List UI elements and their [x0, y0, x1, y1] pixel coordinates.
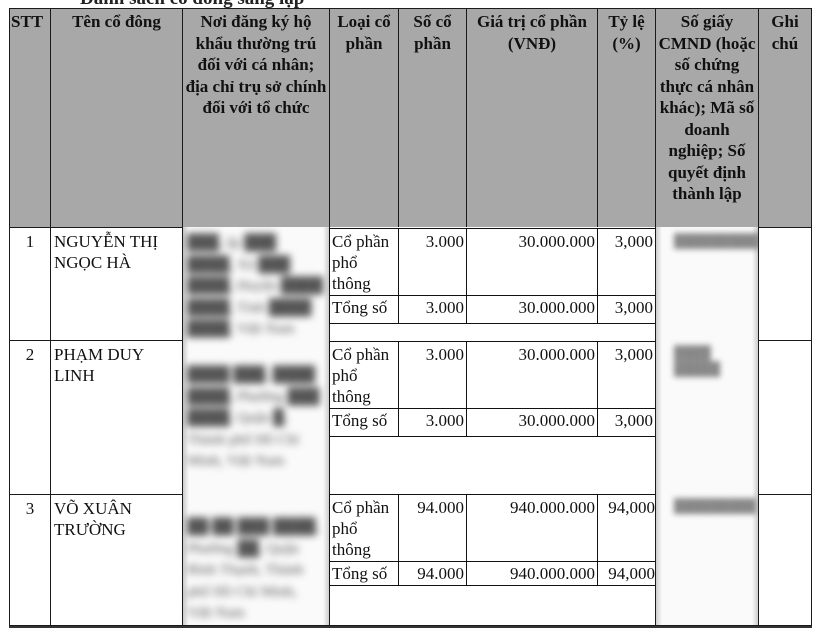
row-1-total-value: 30.000.000: [466, 295, 597, 320]
row-3-total-ratio: 94,000: [597, 561, 655, 586]
row-1-id-redacted: ████████████: [656, 227, 758, 339]
row-2-share-ratio: 3,000: [597, 342, 655, 367]
row-2-share-subtable: Cổ phần phổ thông 3.000 30.000.000 3,000…: [329, 341, 656, 437]
row-1-name: NGUYỄN THỊ NGỌC HÀ: [50, 227, 183, 341]
row-3-share-type: Cổ phần phổ thông: [330, 495, 398, 562]
row-3-share-quantity: 94.000: [398, 495, 466, 520]
header-share-quantity: Số cổ phần: [398, 8, 467, 228]
row-2-name: PHẠM DUY LINH: [50, 340, 183, 495]
row-1-total-label: Tổng số: [330, 295, 398, 320]
table-bottom-border: [9, 626, 812, 628]
header-shareholder-name: Tên cổ đông: [50, 8, 183, 228]
row-3-share-ratio: 94,000: [597, 495, 655, 520]
header-note: Ghi chú: [758, 8, 812, 228]
row-2-address-redacted: ████ ███, ████ ████, Phường ███ ████, Qu…: [183, 359, 329, 511]
row-2-total-value: 30.000.000: [466, 408, 597, 433]
address-column-redacted: ███, ấp ███ ████, Xã ███ ████, Huyện ███…: [182, 227, 330, 626]
row-2-share-type: Cổ phần phổ thông: [330, 342, 398, 409]
row-1-share-type: Cổ phần phổ thông: [330, 229, 398, 296]
row-3-share-subtable: Cổ phần phổ thông 94.000 940.000.000 94,…: [329, 494, 656, 586]
shareholder-table: STT Tên cổ đông Nơi đăng ký hộ khẩu thườ…: [9, 8, 812, 626]
row-2-total-ratio: 3,000: [597, 408, 655, 433]
row-2-id-redacted: ████ █████: [656, 339, 758, 492]
row-1-address-redacted: ███, ấp ███ ████, Xã ███ ████, Huyện ███…: [183, 227, 329, 359]
row-2-note: [758, 340, 812, 495]
row-2-stt: 2: [9, 340, 51, 495]
id-column-redacted: ████████████ ████ █████ █████████: [655, 227, 759, 626]
header-share-value: Giá trị cổ phần (VNĐ): [466, 8, 598, 228]
header-share-type: Loại cổ phần: [329, 8, 399, 228]
row-3-total-value: 940.000.000: [466, 561, 597, 586]
row-3-id-redacted: █████████: [656, 492, 758, 520]
header-stt: STT: [9, 8, 51, 228]
row-1-note: [758, 227, 812, 341]
row-3-total-label: Tổng số: [330, 561, 398, 586]
header-registered-address: Nơi đăng ký hộ khẩu thường trú đối với c…: [182, 8, 330, 228]
header-id-number: Số giấy CMND (hoặc số chứng thực cá nhân…: [655, 8, 759, 228]
row-3-name: VÕ XUÂN TRƯỜNG: [50, 494, 183, 626]
row-1-share-subtable: Cổ phần phổ thông 3.000 30.000.000 3,000…: [329, 228, 656, 324]
row-1-total-ratio: 3,000: [597, 295, 655, 320]
row-1-share-ratio: 3,000: [597, 229, 655, 254]
row-2-total-label: Tổng số: [330, 408, 398, 433]
row-2-total-quantity: 3.000: [398, 408, 466, 433]
row-1-share-quantity: 3.000: [398, 229, 466, 254]
row-2-share-value: 30.000.000: [466, 342, 597, 367]
row-3-total-quantity: 94.000: [398, 561, 466, 586]
row-1-share-value: 30.000.000: [466, 229, 597, 254]
row-3-stt: 3: [9, 494, 51, 626]
row-2-share-quantity: 3.000: [398, 342, 466, 367]
row-3-note: [758, 494, 812, 626]
row-1-stt: 1: [9, 227, 51, 341]
row-3-address-redacted: ██/██ ███ ████, Phường ██, Quận Bình Thạ…: [183, 511, 329, 626]
header-ratio: Tỷ lệ (%): [597, 8, 656, 228]
row-1-total-quantity: 3.000: [398, 295, 466, 320]
row-3-share-value: 940.000.000: [466, 495, 597, 520]
